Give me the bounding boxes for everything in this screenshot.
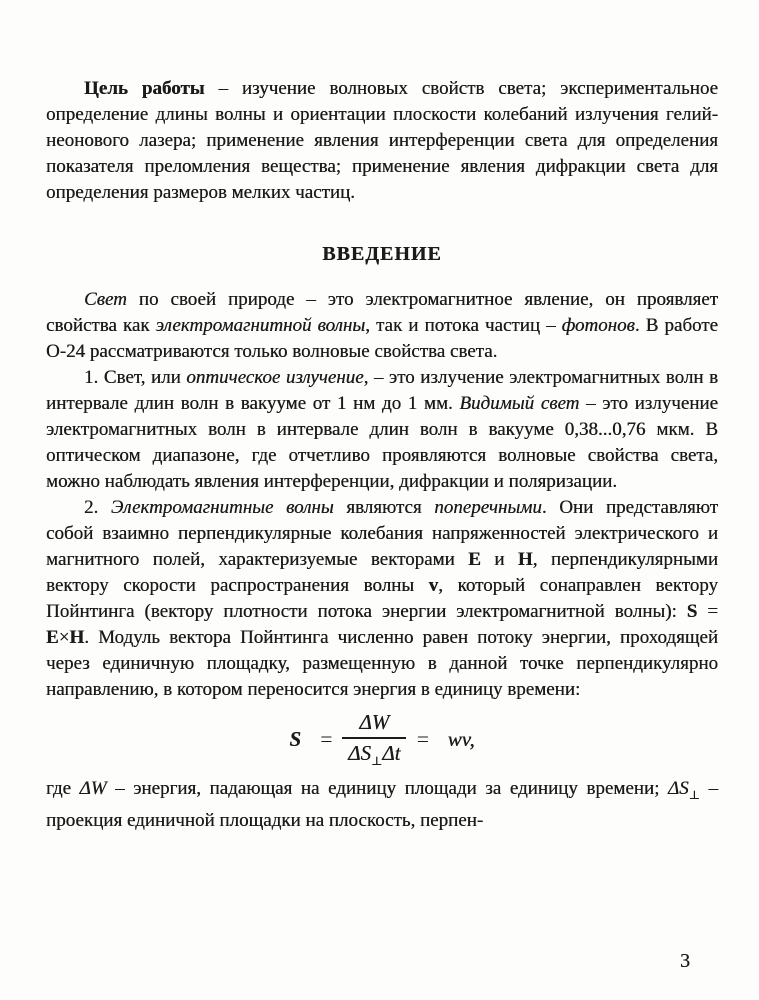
text-run: 1. Свет, или <box>84 367 186 388</box>
perpendicular-subscript: ⊥ <box>689 788 700 802</box>
perpendicular-subscript: ⊥ <box>371 754 382 768</box>
vector-h-symbol: H <box>69 627 84 648</box>
poynting-vector-formula: S = ΔW ΔS⊥Δt = wv, <box>46 710 718 769</box>
page-number: 3 <box>680 950 690 973</box>
cross-product-sign: × <box>59 627 70 648</box>
text-run: . Модуль вектора Пойнтинга численно раве… <box>46 627 718 700</box>
text-run: и <box>481 549 518 570</box>
vector-s-symbol: S <box>687 601 698 622</box>
text-run: где <box>46 778 80 799</box>
vector-e-symbol: E <box>468 549 481 570</box>
fraction-numerator: ΔW <box>355 710 393 737</box>
text-run: Свет <box>84 289 127 310</box>
vector-v-symbol: v <box>429 575 439 596</box>
text-run: – энергия, падающая на единицу площади з… <box>107 778 668 799</box>
delta-w-symbol: ΔW <box>80 778 107 799</box>
equals-sign: = <box>415 727 429 752</box>
text-run: , так и потока частиц – <box>365 315 562 336</box>
vector-e-symbol: E <box>46 627 59 648</box>
text-run: 2. <box>84 497 111 518</box>
delta-t-term: Δt <box>382 741 400 765</box>
vector-h-symbol: H <box>518 549 533 570</box>
paragraph-optical-radiation: 1. Свет, или оптическое излучение, – это… <box>46 365 718 495</box>
paragraph-light-nature: Свет по своей природе – это электромагни… <box>46 287 718 365</box>
text-run: = <box>697 601 718 622</box>
text-run: оптическое излучение <box>186 367 363 388</box>
fraction-denominator: ΔS⊥Δt <box>342 737 406 769</box>
equals-sign: = <box>319 727 333 752</box>
section-heading-introduction: ВВЕДЕНИЕ <box>46 242 718 266</box>
text-run: электромагнитной волны <box>156 315 366 336</box>
text-run: Видимый свет <box>459 393 579 414</box>
text-run: поперечными <box>434 497 542 518</box>
paragraph-purpose: Цель работы – изучение волновых свойств … <box>46 76 718 206</box>
text-run-purpose-label: Цель работы <box>84 78 205 99</box>
delta-s-term: ΔS <box>348 741 371 765</box>
fraction: ΔW ΔS⊥Δt <box>342 710 406 769</box>
text-run: Электромагнитные волны <box>111 497 334 518</box>
text-run: фотонов <box>562 315 635 336</box>
formula-lhs-s: S <box>289 727 301 752</box>
formula-rhs-wv: wv, <box>448 727 475 752</box>
text-run: являются <box>334 497 435 518</box>
paragraph-em-waves: 2. Электромагнитные волны являются попер… <box>46 495 718 703</box>
delta-s-symbol: ΔS <box>668 778 689 799</box>
paragraph-formula-legend: где ΔW – энергия, падающая на единицу пл… <box>46 776 718 834</box>
page-content: Цель работы – изучение волновых свойств … <box>46 76 718 834</box>
scanned-book-page: Цель работы – изучение волновых свойств … <box>0 0 759 1000</box>
